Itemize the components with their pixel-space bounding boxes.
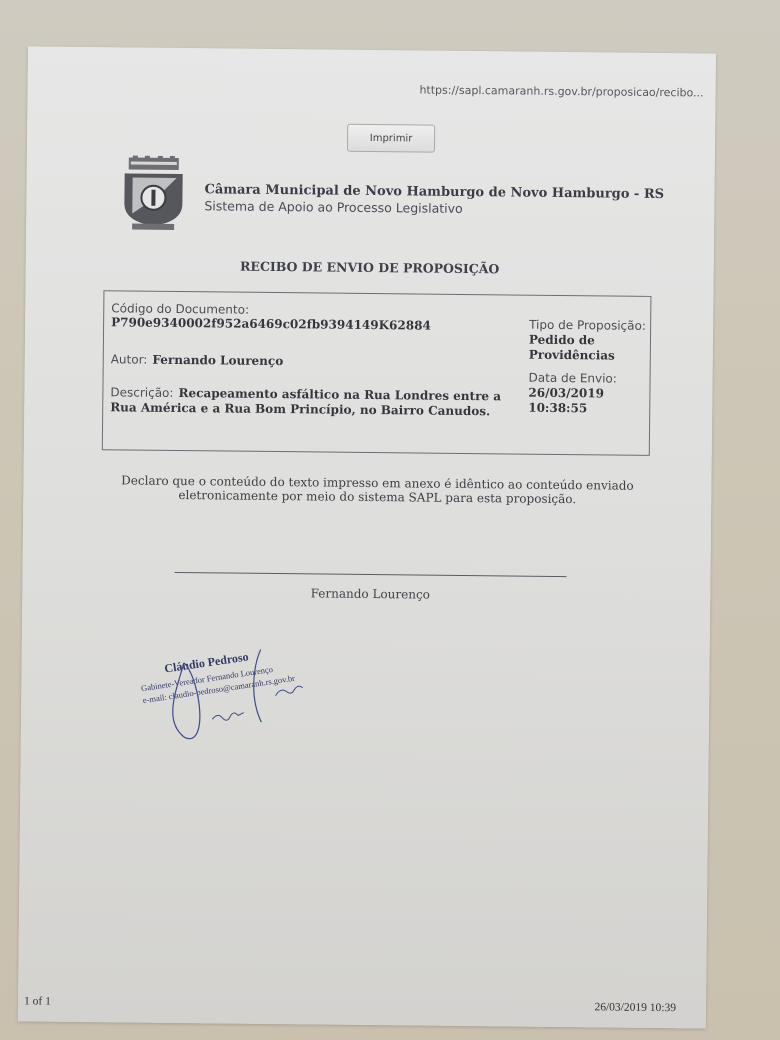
author: Autor: Fernando Lourenço [111, 351, 531, 370]
municipal-coat-of-arms-icon [118, 155, 189, 232]
print-button[interactable]: Imprimir [347, 124, 435, 153]
handwritten-stamp: Cláudio Pedroso Gabinete-Vereador Fernan… [133, 638, 325, 755]
author-value: Fernando Lourenço [152, 353, 283, 368]
print-timestamp: 26/03/2019 10:39 [594, 1001, 676, 1014]
receipt-info-box: Código do Documento: P790e9340002f952a64… [102, 290, 652, 456]
date-value: 26/03/2019 [528, 386, 648, 402]
description-label: Descrição: [110, 385, 173, 400]
printed-page: https://sapl.camaranh.rs.gov.br/proposic… [18, 46, 716, 1028]
type-value: Pedido de Providências [529, 333, 649, 364]
document-code: Código do Documento: P790e9340002f952a64… [111, 301, 531, 333]
code-value: P790e9340002f952a6469c02fb9394149K62884 [111, 315, 531, 333]
date-label: Data de Envio: [528, 371, 648, 387]
signature-name: Fernando Lourenço [174, 585, 566, 603]
type-label: Tipo de Proposição: [529, 318, 649, 334]
page-url: https://sapl.camaranh.rs.gov.br/proposic… [419, 83, 703, 99]
author-label: Autor: [111, 352, 148, 366]
document-title: RECIBO DE ENVIO DE PROPOSIÇÃO [26, 256, 714, 278]
signature-line [175, 572, 567, 577]
header: Câmara Municipal de Novo Hamburgo de Nov… [204, 182, 664, 218]
page-count: 1 of 1 [24, 995, 51, 1007]
handwritten-signature-icon [133, 638, 325, 755]
time-value: 10:38:55 [528, 401, 648, 417]
description: Descrição: Recapeamento asfáltico na Rua… [110, 384, 530, 418]
declaration-text: Declaro que o conteúdo do texto impresso… [103, 473, 651, 507]
